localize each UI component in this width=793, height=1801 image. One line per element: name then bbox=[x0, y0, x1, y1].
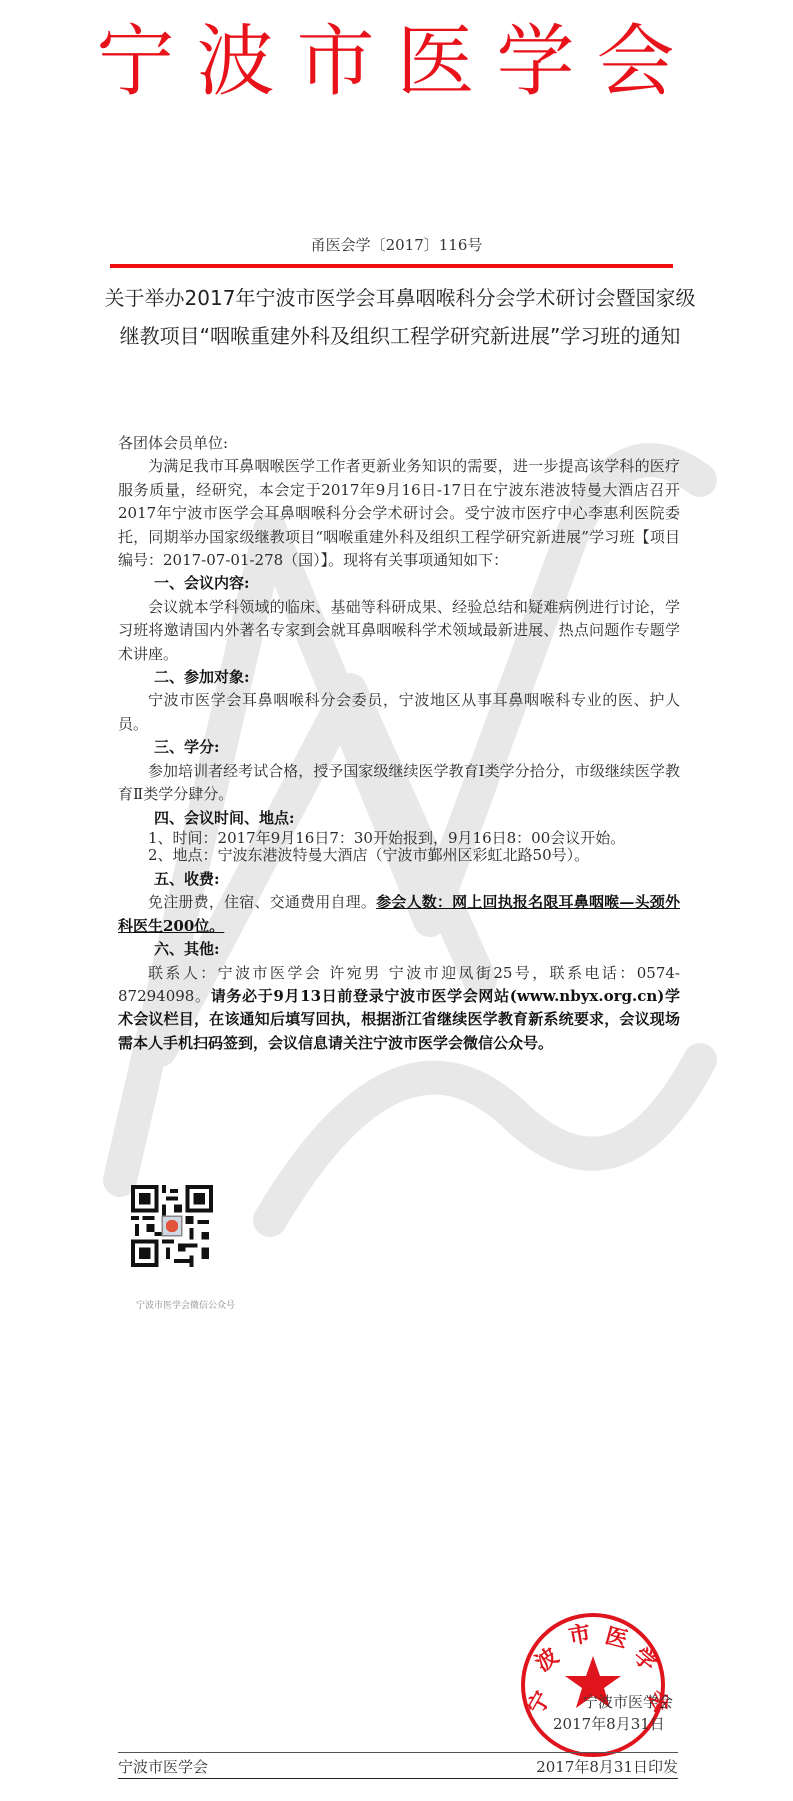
section-text-content: 会议就本学科领域的临床、基础等科研成果、经验总结和疑难病例进行讨论，学习班将邀请… bbox=[118, 596, 680, 666]
footer-top-rule bbox=[118, 1752, 678, 1753]
qr-code-icon bbox=[131, 1185, 213, 1267]
footer-bottom-rule bbox=[118, 1778, 678, 1779]
section-text-fees: 免注册费，住宿、交通费用自理。参会人数：网上回执报名限耳鼻咽喉—头颈外科医生20… bbox=[118, 891, 680, 938]
salutation: 各团体会员单位: bbox=[118, 432, 680, 455]
section-text-credits: 参加培训者经考试合格，授予国家级继续医学教育Ⅰ类学分拾分，市级继续医学教育Ⅱ类学… bbox=[118, 760, 680, 807]
notice-body: 各团体会员单位: 为满足我市耳鼻咽喉医学工作者更新业务知识的需要，进一步提高该学… bbox=[118, 432, 680, 1055]
section-heading-attendees: 二、参加对象: bbox=[118, 666, 680, 689]
section-text-attendees: 宁波市医学会耳鼻咽喉科分会委员，宁波地区从事耳鼻咽喉科专业的医、护人员。 bbox=[118, 689, 680, 736]
official-seal-icon: 宁 波 市 医 学 会 bbox=[518, 1610, 668, 1760]
signature-date: 2017年8月31日 bbox=[553, 1713, 665, 1734]
notice-title-line-1: 关于举办2017年宁波市医学会耳鼻咽喉科分会学术研讨会暨国家级 bbox=[100, 282, 700, 311]
schedule-location: 2、地点：宁波东港波特曼大酒店（宁波市鄞州区彩虹北路50号）。 bbox=[118, 847, 680, 864]
svg-text:波: 波 bbox=[531, 1644, 563, 1677]
svg-text:学: 学 bbox=[628, 1643, 662, 1677]
footer-issuer: 宁波市医学会 bbox=[118, 1756, 208, 1777]
red-divider bbox=[110, 264, 673, 268]
signature-org: 宁波市医学会 bbox=[583, 1691, 673, 1712]
section-heading-content: 一、会议内容: bbox=[118, 572, 680, 595]
qr-caption: 宁波市医学会微信公众号 bbox=[123, 1298, 248, 1311]
fees-text: 免注册费，住宿、交通费用自理。 bbox=[148, 893, 376, 911]
notice-title-line-2: 继教项目“咽喉重建外科及组织工程学研究新进展”学习班的通知 bbox=[100, 320, 700, 349]
footer-issue-date: 2017年8月31日印发 bbox=[536, 1756, 678, 1777]
intro-paragraph: 为满足我市耳鼻咽喉医学工作者更新业务知识的需要，进一步提高该学科的医疗服务质量，… bbox=[118, 455, 680, 572]
schedule-time: 1、时间：2017年9月16日7：30开始报到，9月16日8：00会议开始。 bbox=[118, 830, 680, 847]
svg-text:医: 医 bbox=[602, 1624, 630, 1654]
section-heading-fees: 五、收费: bbox=[118, 868, 680, 891]
section-heading-other: 六、其他: bbox=[118, 938, 680, 961]
section-heading-time-place: 四、会议时间、地点: bbox=[118, 807, 680, 830]
section-text-other: 联系人：宁波市医学会 许宛男 宁波市迎凤街25号，联系电话：0574-87294… bbox=[118, 962, 680, 1056]
section-heading-credits: 三、学分: bbox=[118, 736, 680, 759]
svg-text:市: 市 bbox=[567, 1621, 593, 1649]
document-number: 甬医会学〔2017〕116号 bbox=[0, 234, 793, 255]
masthead-org-name: 宁波市医学会 bbox=[0, 12, 793, 112]
